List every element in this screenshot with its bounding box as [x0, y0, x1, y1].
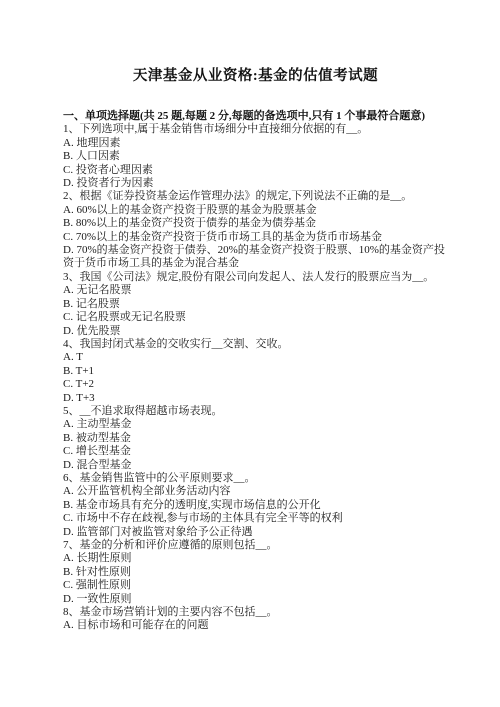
question-4: 4、我国封闭式基金的交收实行__交割、交收。 A. T B. T+1 C. T+… [63, 338, 448, 405]
option-b: B. 针对性原则 [63, 566, 448, 579]
option-c: C. T+2 [63, 378, 448, 391]
option-c: C. 增长型基金 [63, 445, 448, 458]
option-a: A. T [63, 351, 448, 364]
question-7: 7、基金的分析和评价应遵循的原则包括__。 A. 长期性原则 B. 针对性原则 … [63, 539, 448, 606]
option-d: D. 混合型基金 [63, 459, 448, 472]
option-a: A. 长期性原则 [63, 552, 448, 565]
question-text: 3、我国《公司法》规定,股份有限公司向发起人、法人发行的股票应当为__。 [63, 271, 448, 284]
option-c: C. 市场中不存在歧视,参与市场的主体具有完全平等的权利 [63, 512, 448, 525]
question-text: 8、基金市场营销计划的主要内容不包括__。 [63, 606, 448, 619]
question-2: 2、根据《证券投资基金运作管理办法》的规定,下列说法不正确的是__。 A. 60… [63, 190, 448, 270]
question-text: 7、基金的分析和评价应遵循的原则包括__。 [63, 539, 448, 552]
option-d: D. 优先股票 [63, 325, 448, 338]
option-a: A. 主动型基金 [63, 418, 448, 431]
option-a: A. 公开监管机构全部业务活动内容 [63, 485, 448, 498]
page-title: 天津基金从业资格:基金的估值考试题 [63, 67, 448, 86]
question-text: 5、__不追求取得超越市场表现。 [63, 405, 448, 418]
option-a: A. 目标市场和可能存在的问题 [63, 619, 448, 632]
option-b: B. 基金市场具有充分的透明度,实现市场信息的公开化 [63, 499, 448, 512]
option-b: B. 记名股票 [63, 298, 448, 311]
question-5: 5、__不追求取得超越市场表现。 A. 主动型基金 B. 被动型基金 C. 增长… [63, 405, 448, 472]
option-b: B. T+1 [63, 365, 448, 378]
question-text: 2、根据《证券投资基金运作管理办法》的规定,下列说法不正确的是__。 [63, 190, 448, 203]
option-a: A. 无记名股票 [63, 284, 448, 297]
question-3: 3、我国《公司法》规定,股份有限公司向发起人、法人发行的股票应当为__。 A. … [63, 271, 448, 338]
option-d: D. 监管部门对被监管对象给予公正待遇 [63, 526, 448, 539]
option-b: B. 被动型基金 [63, 432, 448, 445]
question-text: 6、基金销售监管中的公平原则要求__。 [63, 472, 448, 485]
option-b: B. 80%以上的基金资产投资于债券的基金为债券基金 [63, 217, 448, 230]
question-list: 1、下列选项中,属于基金销售市场细分中直接细分依据的有__。 A. 地理因素 B… [63, 123, 448, 632]
question-1: 1、下列选项中,属于基金销售市场细分中直接细分依据的有__。 A. 地理因素 B… [63, 123, 448, 190]
option-a: A. 60%以上的基金资产投资于股票的基金为股票基金 [63, 204, 448, 217]
question-text: 1、下列选项中,属于基金销售市场细分中直接细分依据的有__。 [63, 123, 448, 136]
option-d: D. T+3 [63, 392, 448, 405]
option-b: B. 人口因素 [63, 150, 448, 163]
section-heading: 一、单项选择题(共 25 题,每题 2 分,每题的备选项中,只有 1 个事最符合… [63, 110, 448, 123]
option-c: C. 强制性原则 [63, 579, 448, 592]
option-c: C. 投资者心理因素 [63, 164, 448, 177]
option-d: D. 70%的基金资产投资于债券、20%的基金资产投资于股票、10%的基金资产投… [63, 244, 448, 271]
option-d: D. 投资者行为因素 [63, 177, 448, 190]
question-text: 4、我国封闭式基金的交收实行__交割、交收。 [63, 338, 448, 351]
option-c: C. 70%以上的基金资产投资于货币市场工具的基金为货币市场基金 [63, 231, 448, 244]
question-8: 8、基金市场营销计划的主要内容不包括__。 A. 目标市场和可能存在的问题 [63, 606, 448, 633]
exam-document-page: 天津基金从业资格:基金的估值考试题 一、单项选择题(共 25 题,每题 2 分,… [0, 0, 500, 707]
option-d: D. 一致性原则 [63, 593, 448, 606]
option-a: A. 地理因素 [63, 137, 448, 150]
question-6: 6、基金销售监管中的公平原则要求__。 A. 公开监管机构全部业务活动内容 B.… [63, 472, 448, 539]
option-c: C. 记名股票或无记名股票 [63, 311, 448, 324]
